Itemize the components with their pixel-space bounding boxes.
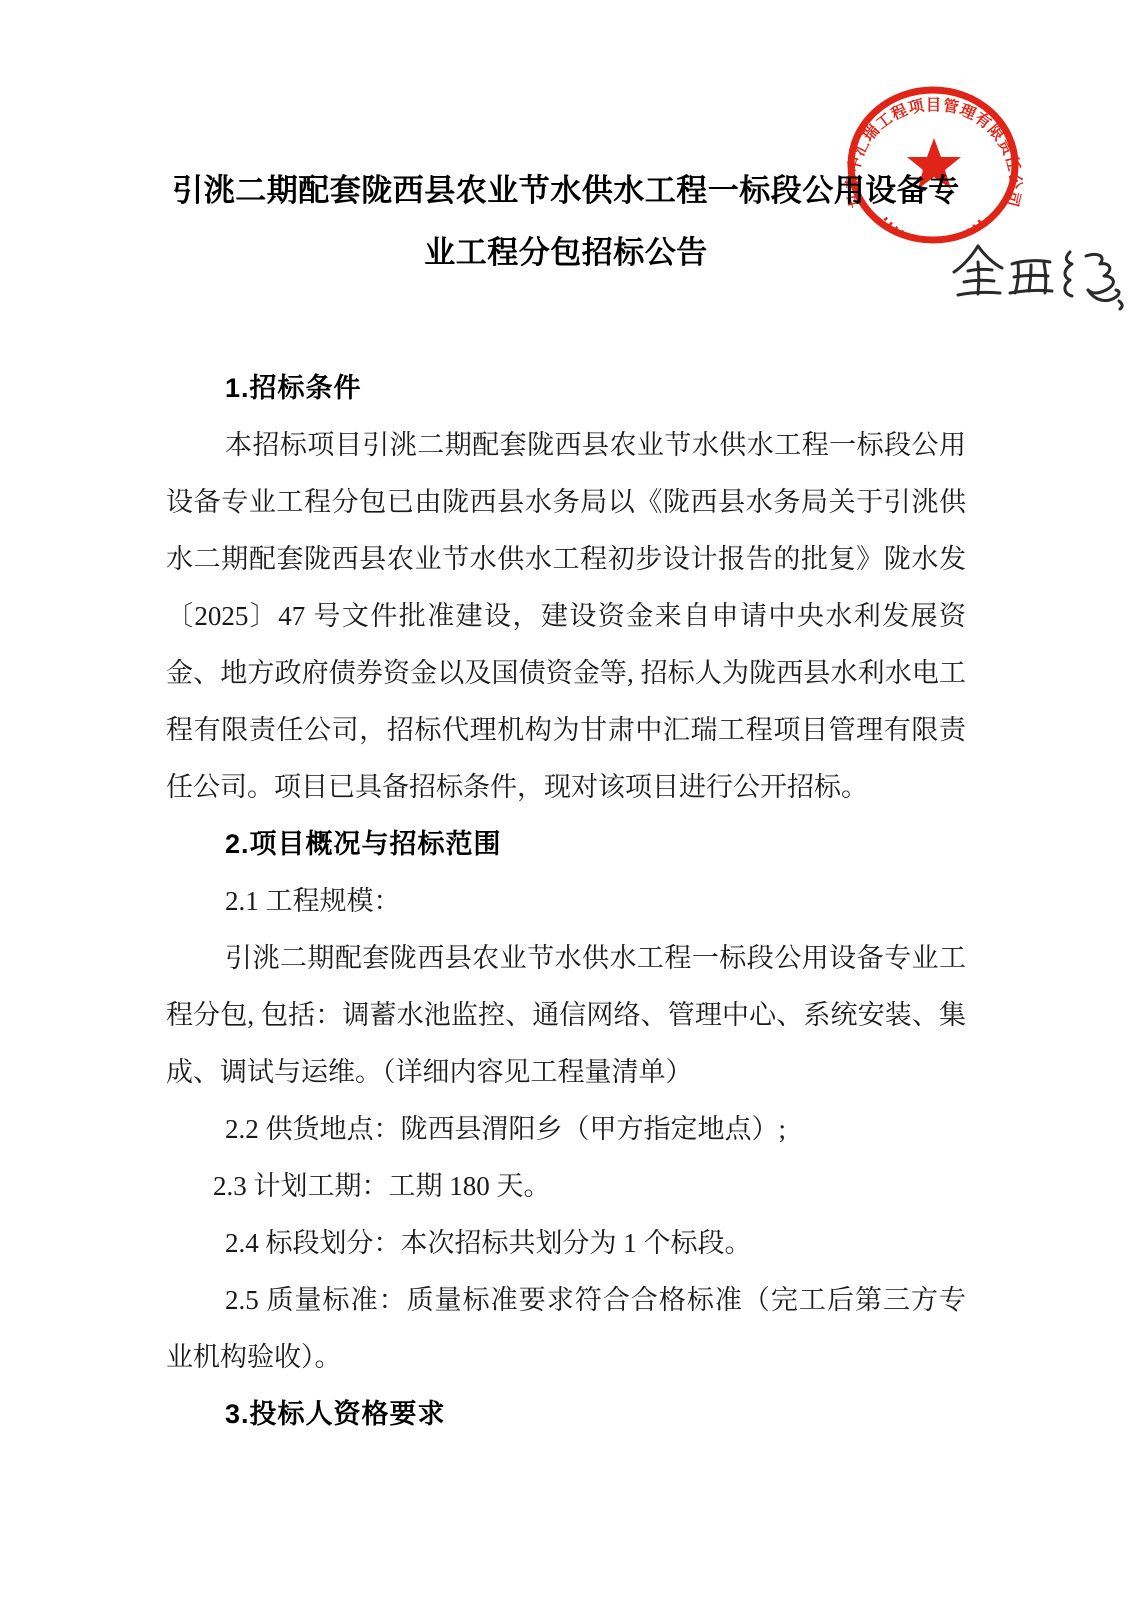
para-2-3-planned-schedule: 2.3 计划工期：工期 180 天。 bbox=[166, 1158, 966, 1215]
para-2-4-lot-division: 2.4 标段划分：本次招标共划分为 1 个标段。 bbox=[166, 1215, 966, 1272]
document-body: 1.招标条件 本招标项目引洮二期配套陇西县农业节水供水工程一标段公用设备专业工程… bbox=[166, 360, 966, 1443]
para-2-5-quality-standard: 2.5 质量标准：质量标准要求符合合格标准（完工后第三方专业机构验收）。 bbox=[166, 1272, 966, 1386]
section-heading-tender-conditions: 1.招标条件 bbox=[166, 360, 966, 417]
para-2-1-project-scale-body: 引洮二期配套陇西县农业节水供水工程一标段公用设备专业工程分包, 包括：调蓄水池监… bbox=[166, 930, 966, 1101]
para-tender-conditions: 本招标项目引洮二期配套陇西县农业节水供水工程一标段公用设备专业工程分包已由陇西县… bbox=[166, 417, 966, 816]
section-heading-bidder-qualifications: 3.投标人资格要求 bbox=[166, 1386, 966, 1443]
section-heading-project-overview: 2.项目概况与招标范围 bbox=[166, 816, 966, 873]
para-2-1-project-scale-label: 2.1 工程规模： bbox=[166, 873, 966, 930]
seal-star-icon bbox=[907, 138, 961, 189]
page: 引洮二期配套陇西县农业节水供水工程一标段公用设备专业工程分包招标公告 1.招标条… bbox=[0, 0, 1131, 1600]
handwritten-signature bbox=[948, 238, 1128, 318]
para-2-2-delivery-location: 2.2 供货地点：陇西县渭阳乡（甲方指定地点）; bbox=[166, 1101, 966, 1158]
